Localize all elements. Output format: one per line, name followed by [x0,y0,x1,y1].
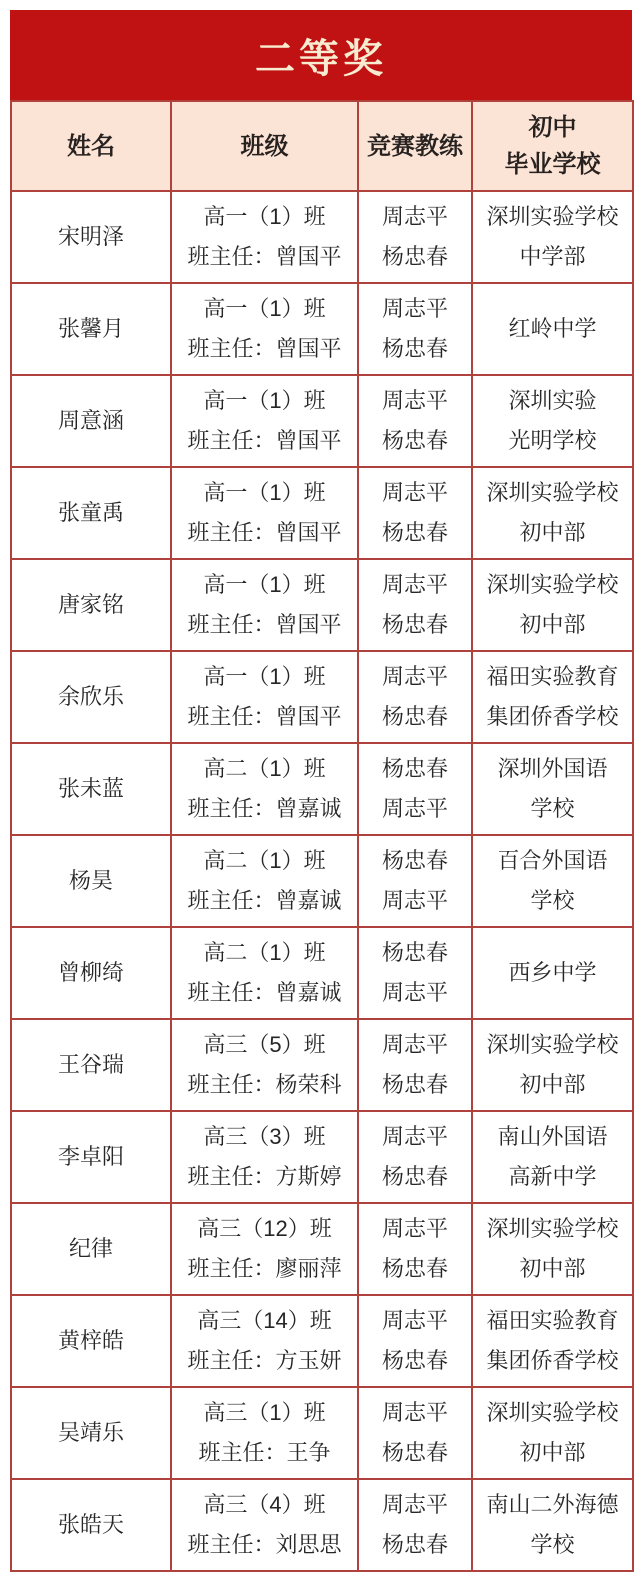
student-class: 高三（1）班 班主任：王争 [171,1387,358,1479]
table-row: 李卓阳 高三（3）班 班主任：方斯婷 周志平 杨忠春 南山外国语 高新中学 [11,1111,633,1203]
table-row: 吴靖乐 高三（1）班 班主任：王争 周志平 杨忠春 深圳实验学校 初中部 [11,1387,633,1479]
student-name: 曾柳绮 [11,927,171,1019]
student-name: 张童禹 [11,467,171,559]
student-coach: 周志平 杨忠春 [358,1203,472,1295]
page: 二等奖 姓名 班级 竞赛教练 初中 毕业学校 宋明泽 高一（1）班 班主任：曾国… [0,0,640,1587]
student-coach: 杨忠春 周志平 [358,927,472,1019]
student-school: 深圳实验学校 初中部 [472,1387,633,1479]
student-school: 深圳实验 光明学校 [472,375,633,467]
student-name: 杨昊 [11,835,171,927]
student-class: 高一（1）班 班主任：曾国平 [171,467,358,559]
student-school: 南山二外海德 学校 [472,1479,633,1571]
table-row: 张未蓝 高二（1）班 班主任：曾嘉诚 杨忠春 周志平 深圳外国语 学校 [11,743,633,835]
student-class: 高二（1）班 班主任：曾嘉诚 [171,743,358,835]
header-name: 姓名 [11,101,171,191]
table-row: 杨昊 高二（1）班 班主任：曾嘉诚 杨忠春 周志平 百合外国语 学校 [11,835,633,927]
student-class: 高二（1）班 班主任：曾嘉诚 [171,927,358,1019]
student-name: 吴靖乐 [11,1387,171,1479]
student-school: 南山外国语 高新中学 [472,1111,633,1203]
student-coach: 周志平 杨忠春 [358,1479,472,1571]
student-class: 高三（14）班 班主任：方玉妍 [171,1295,358,1387]
student-name: 纪律 [11,1203,171,1295]
student-coach: 周志平 杨忠春 [358,467,472,559]
header-coach: 竞赛教练 [358,101,472,191]
student-class: 高一（1）班 班主任：曾国平 [171,283,358,375]
table-row: 曾柳绮 高二（1）班 班主任：曾嘉诚 杨忠春 周志平 西乡中学 [11,927,633,1019]
student-name: 宋明泽 [11,191,171,283]
student-name: 余欣乐 [11,651,171,743]
award-banner: 二等奖 [10,10,632,100]
student-school: 西乡中学 [472,927,633,1019]
student-school: 深圳实验学校 初中部 [472,1019,633,1111]
student-school: 福田实验教育 集团侨香学校 [472,1295,633,1387]
student-coach: 周志平 杨忠春 [358,1295,472,1387]
student-coach: 周志平 杨忠春 [358,1019,472,1111]
student-class: 高一（1）班 班主任：曾国平 [171,651,358,743]
student-class: 高三（12）班 班主任：廖丽萍 [171,1203,358,1295]
student-coach: 周志平 杨忠春 [358,651,472,743]
award-table: 姓名 班级 竞赛教练 初中 毕业学校 宋明泽 高一（1）班 班主任：曾国平 周志… [10,100,634,1572]
student-class: 高一（1）班 班主任：曾国平 [171,191,358,283]
table-row: 宋明泽 高一（1）班 班主任：曾国平 周志平 杨忠春 深圳实验学校 中学部 [11,191,633,283]
table-row: 黄梓皓 高三（14）班 班主任：方玉妍 周志平 杨忠春 福田实验教育 集团侨香学… [11,1295,633,1387]
student-coach: 周志平 杨忠春 [358,559,472,651]
student-name: 周意涵 [11,375,171,467]
student-coach: 周志平 杨忠春 [358,1111,472,1203]
header-class: 班级 [171,101,358,191]
student-school: 红岭中学 [472,283,633,375]
award-title: 二等奖 [255,27,387,84]
student-coach: 周志平 杨忠春 [358,283,472,375]
student-school: 深圳实验学校 中学部 [472,191,633,283]
student-school: 深圳实验学校 初中部 [472,467,633,559]
table-row: 余欣乐 高一（1）班 班主任：曾国平 周志平 杨忠春 福田实验教育 集团侨香学校 [11,651,633,743]
student-class: 高一（1）班 班主任：曾国平 [171,559,358,651]
student-school: 深圳实验学校 初中部 [472,1203,633,1295]
student-class: 高三（4）班 班主任：刘思思 [171,1479,358,1571]
student-school: 深圳实验学校 初中部 [472,559,633,651]
award-section: 二等奖 姓名 班级 竞赛教练 初中 毕业学校 宋明泽 高一（1）班 班主任：曾国… [10,10,632,1572]
student-name: 张未蓝 [11,743,171,835]
table-header-row: 姓名 班级 竞赛教练 初中 毕业学校 [11,101,633,191]
table-row: 周意涵 高一（1）班 班主任：曾国平 周志平 杨忠春 深圳实验 光明学校 [11,375,633,467]
student-coach: 杨忠春 周志平 [358,743,472,835]
table-row: 张皓天 高三（4）班 班主任：刘思思 周志平 杨忠春 南山二外海德 学校 [11,1479,633,1571]
table-row: 张馨月 高一（1）班 班主任：曾国平 周志平 杨忠春 红岭中学 [11,283,633,375]
header-school: 初中 毕业学校 [472,101,633,191]
student-coach: 周志平 杨忠春 [358,191,472,283]
table-row: 唐家铭 高一（1）班 班主任：曾国平 周志平 杨忠春 深圳实验学校 初中部 [11,559,633,651]
student-coach: 周志平 杨忠春 [358,375,472,467]
student-coach: 杨忠春 周志平 [358,835,472,927]
student-class: 高三（5）班 班主任：杨荣科 [171,1019,358,1111]
student-name: 黄梓皓 [11,1295,171,1387]
student-name: 王谷瑞 [11,1019,171,1111]
student-class: 高一（1）班 班主任：曾国平 [171,375,358,467]
table-row: 张童禹 高一（1）班 班主任：曾国平 周志平 杨忠春 深圳实验学校 初中部 [11,467,633,559]
student-school: 深圳外国语 学校 [472,743,633,835]
student-name: 唐家铭 [11,559,171,651]
student-coach: 周志平 杨忠春 [358,1387,472,1479]
student-name: 张皓天 [11,1479,171,1571]
student-school: 福田实验教育 集团侨香学校 [472,651,633,743]
student-name: 李卓阳 [11,1111,171,1203]
student-class: 高二（1）班 班主任：曾嘉诚 [171,835,358,927]
table-row: 纪律 高三（12）班 班主任：廖丽萍 周志平 杨忠春 深圳实验学校 初中部 [11,1203,633,1295]
student-class: 高三（3）班 班主任：方斯婷 [171,1111,358,1203]
student-school: 百合外国语 学校 [472,835,633,927]
table-row: 王谷瑞 高三（5）班 班主任：杨荣科 周志平 杨忠春 深圳实验学校 初中部 [11,1019,633,1111]
student-name: 张馨月 [11,283,171,375]
